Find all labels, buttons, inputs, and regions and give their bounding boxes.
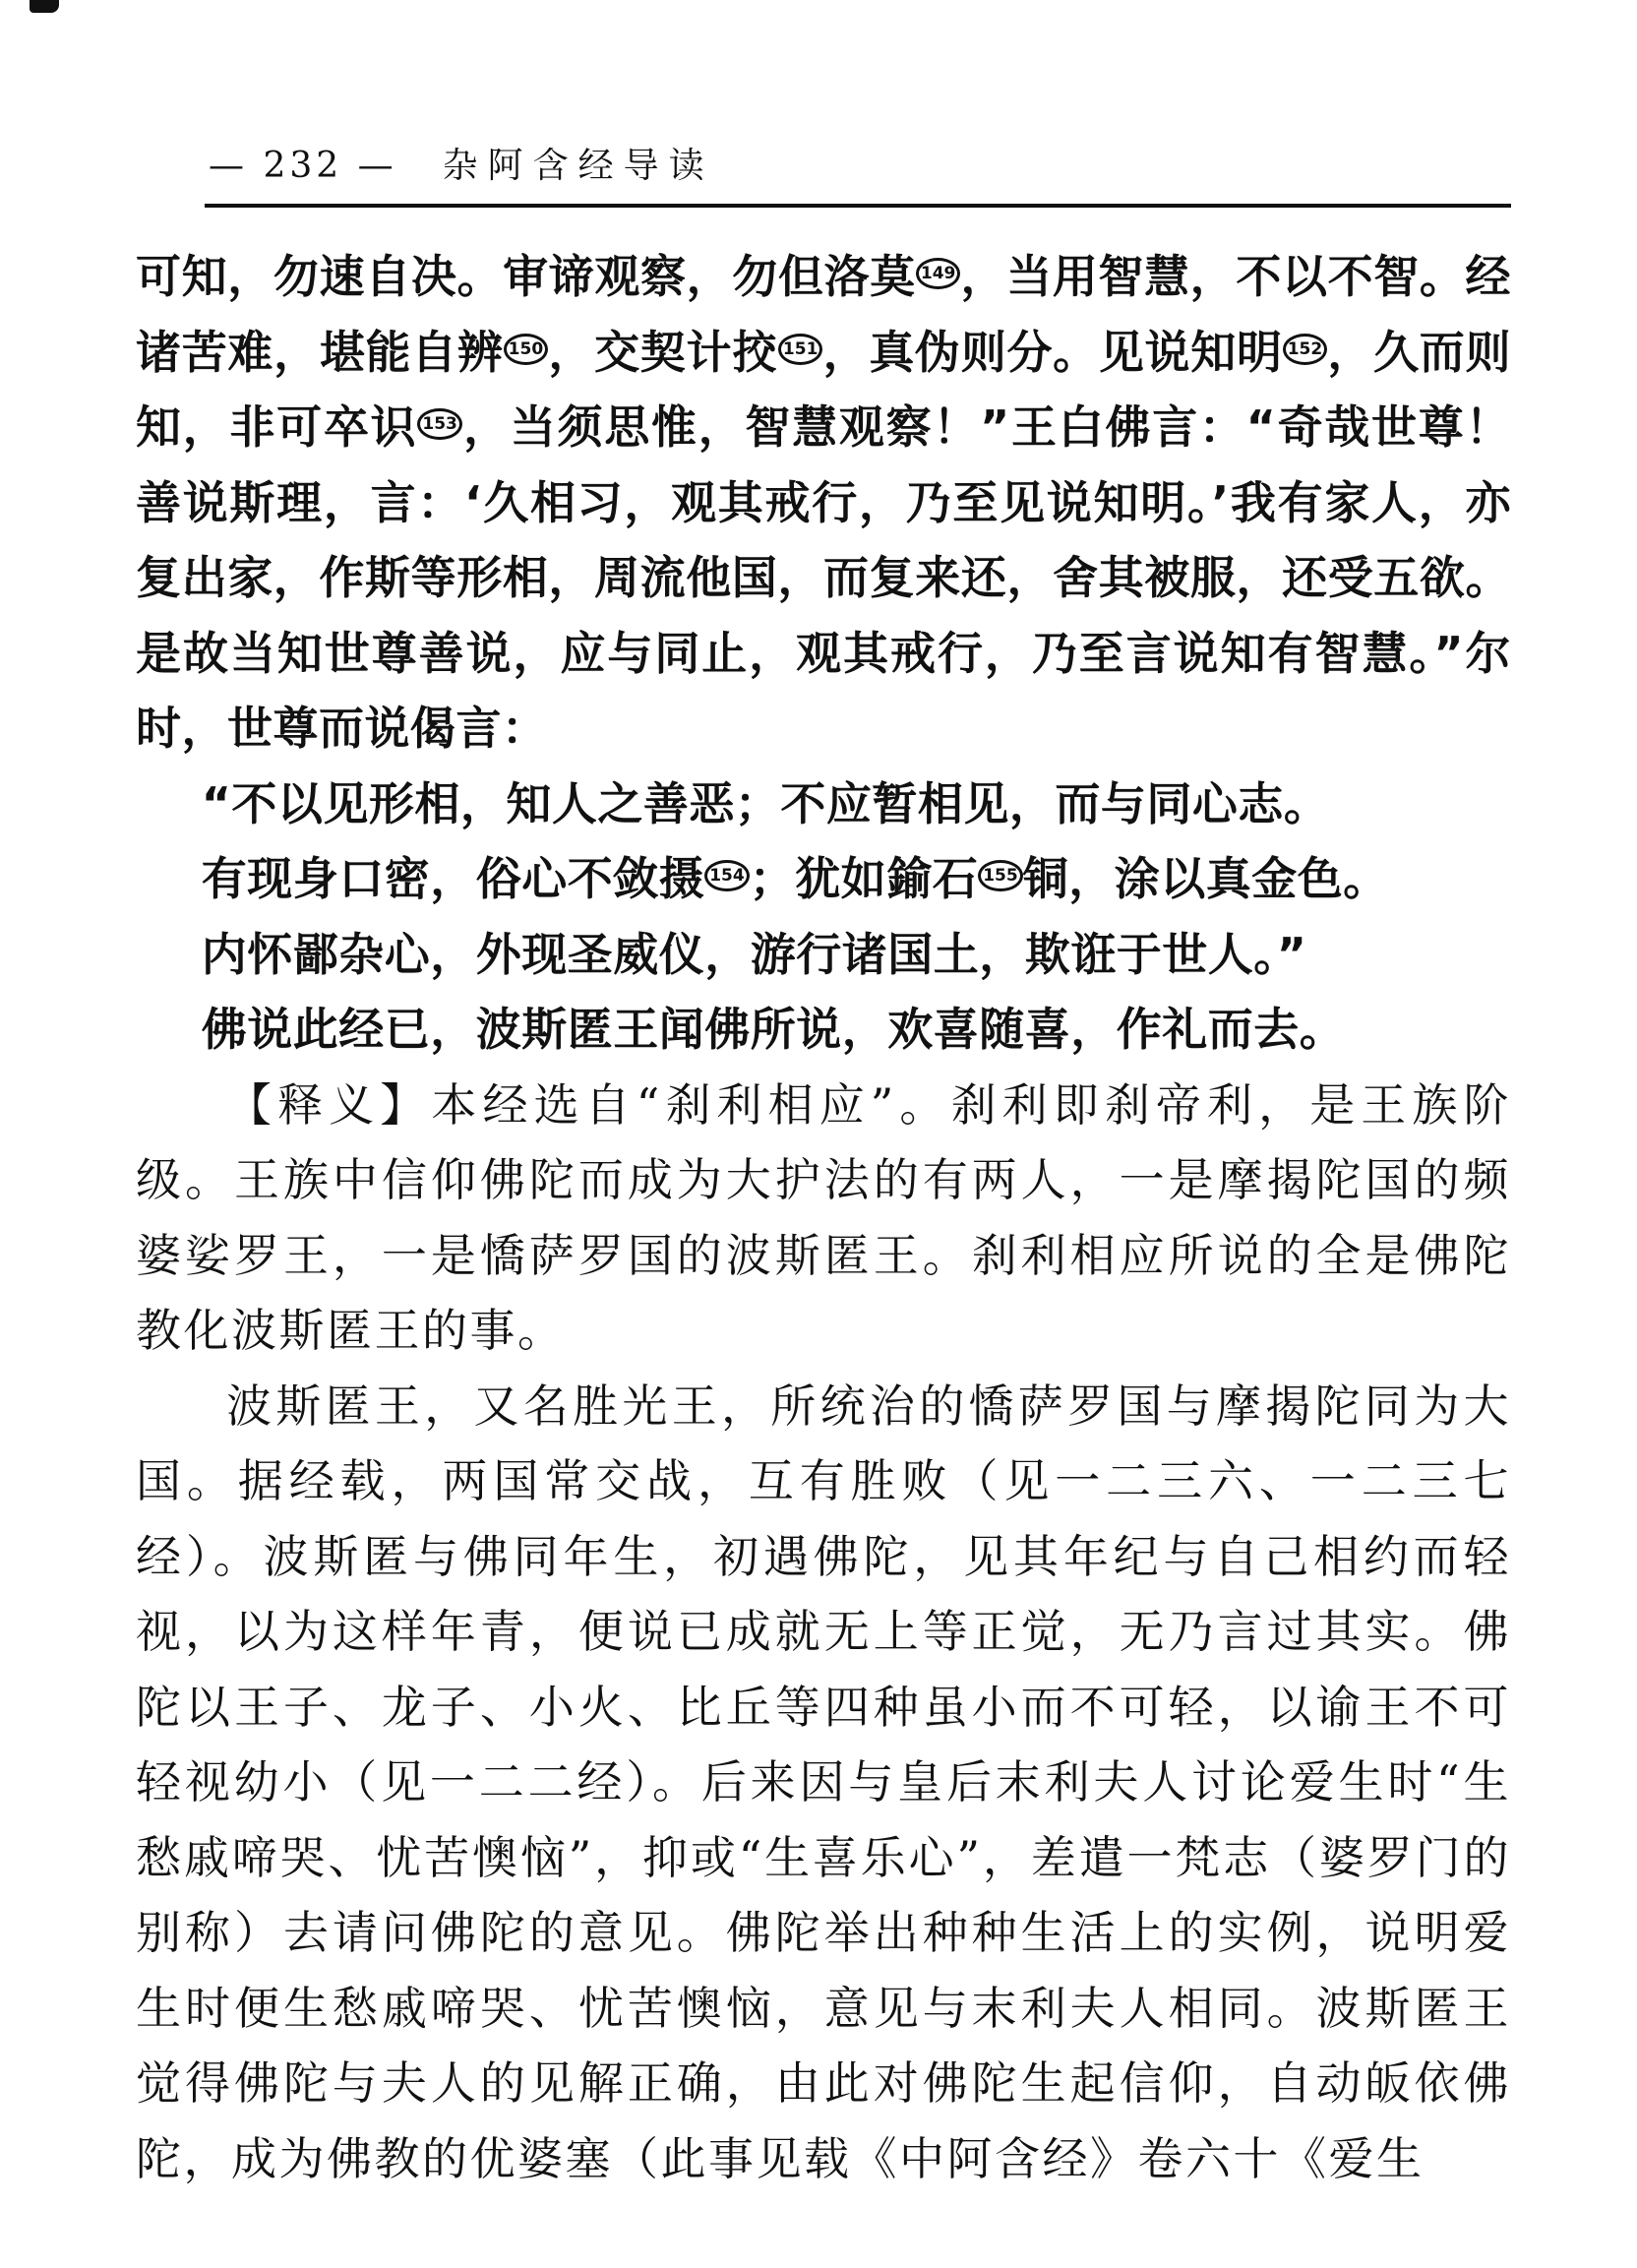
paragraph: 内怀鄙杂心，外现圣威仪，游行诸国土，欺诳于世人。” [136,917,1511,993]
paragraph: 可知，勿速自决。审谛观察，勿但洛莫149，当用智慧，不以不智。经诸苦难，堪能自辨… [136,239,1511,766]
book-title: 杂阿含经导读 [443,138,714,188]
footnote-ref: 151 [778,334,823,365]
footnote-ref: 149 [916,258,961,289]
running-head: — 232 — 杂阿含经导读 [136,138,1511,188]
paragraph: 【释义】本经选自“刹利相应”。刹利即刹帝利，是王族阶级。王族中信仰佛陀而成为大护… [136,1068,1511,1369]
page-body: 可知，勿速自决。审谛观察，勿但洛莫149，当用智慧，不以不智。经诸苦难，堪能自辨… [136,239,1511,2196]
paragraph: “不以见形相，知人之善恶；不应暂相见，而与同心志。 [136,766,1511,842]
paragraph: 波斯匿王，又名胜光王，所统治的憍萨罗国与摩揭陀同为大国。据经载，两国常交战，互有… [136,1369,1511,2197]
book-page: — 232 — 杂阿含经导读 可知，勿速自决。审谛观察，勿但洛莫149，当用智慧… [0,0,1637,2268]
scan-artifact [30,0,59,13]
footnote-ref: 150 [504,334,549,365]
page-content: — 232 — 杂阿含经导读 可知，勿速自决。审谛观察，勿但洛莫149，当用智慧… [136,138,1511,2196]
footnote-ref: 154 [704,860,750,891]
paragraph: 有现身口密，俗心不敛摄154；犹如鍮石155铜，涂以真金色。 [136,841,1511,917]
header-rule [205,204,1511,208]
paragraph: 佛说此经已，波斯匿王闻佛所说，欢喜随喜，作礼而去。 [136,992,1511,1068]
footnote-ref: 155 [978,860,1023,891]
footnote-ref: 153 [417,408,462,440]
page-number: — 232 — [209,146,397,186]
footnote-ref: 152 [1283,334,1328,365]
